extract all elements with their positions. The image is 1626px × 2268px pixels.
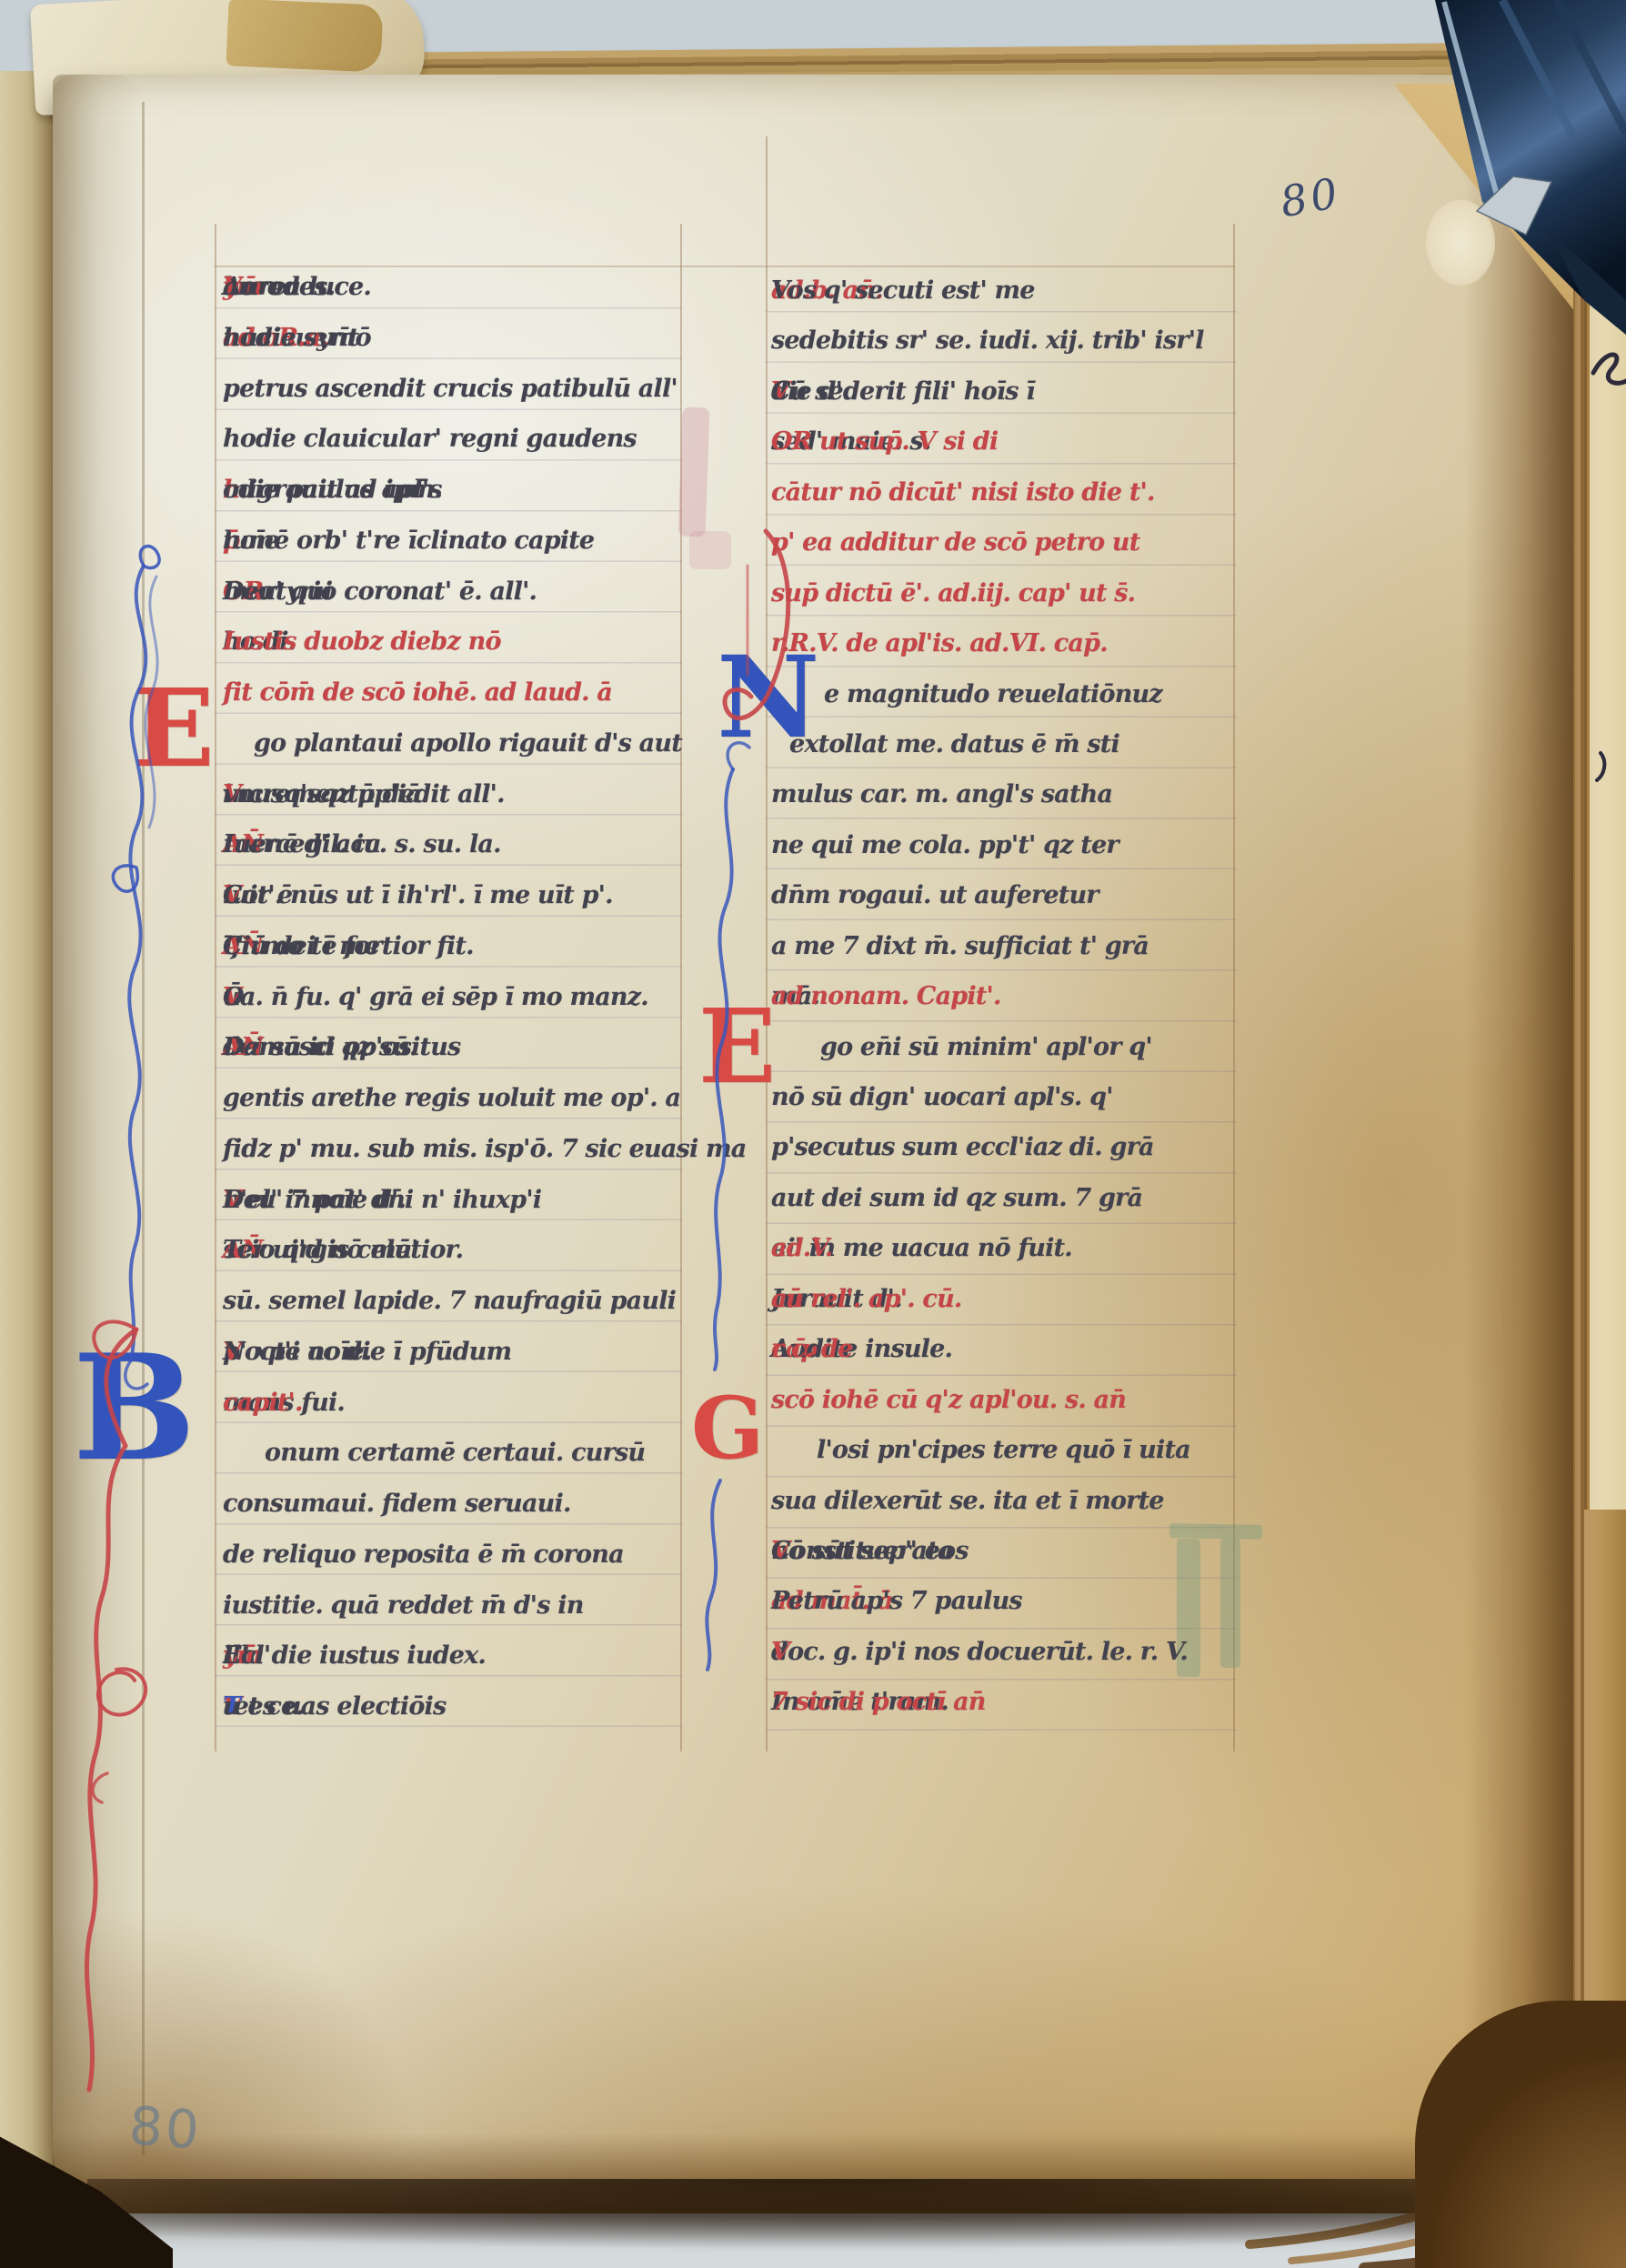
- ink-text: Cor ē: [223, 870, 292, 921]
- ruling-vertical: [215, 224, 216, 1751]
- text-line: mans fui. capit'.: [223, 1378, 265, 1429]
- text-line: migrauit ad ipm̄. hodie paulus apl's: [223, 465, 265, 516]
- ruling-vertical: [766, 136, 768, 1751]
- ink-text: p'secutus sum eccl'iaz di. grā: [771, 1122, 1154, 1172]
- text-line: n'el' innoīe d'. V Deu' 7 pat' dn̄i n' i…: [223, 1175, 265, 1226]
- ink-text: Vos q' secuti est' me: [771, 266, 1035, 316]
- gutter-crease: [142, 102, 145, 2155]
- page-right-stain: [1464, 75, 1573, 2213]
- text-line: go plantaui apollo rigauit d's aut: [223, 718, 265, 769]
- torn-parchment-fragment-small: [226, 0, 383, 73]
- text-line: go en̄i sū minim' apl'or q': [771, 1022, 824, 1072]
- ink-text: Cū sederit fili' hoīs ī: [771, 366, 1035, 416]
- text-line: mulus car. m. angl's satha: [771, 769, 824, 819]
- ink-text: an: [223, 262, 256, 313]
- text-line: nō sū dign' uocari apl's. q': [771, 1072, 824, 1122]
- ink-text: Deu' 7 pat' dn̄i n' ihuxp'i: [223, 1175, 541, 1226]
- rubric-text: ad nonam. Capit'.: [771, 971, 1001, 1021]
- text-line: onum certamē certaui. cursū: [223, 1428, 265, 1479]
- ink-text: vnusq'sqz pp'iā: [223, 769, 421, 820]
- ink-text: de reliquo reposita ē m̄ corona: [223, 1530, 624, 1581]
- text-line: mā. ad nonam. Capit'.: [771, 971, 824, 1021]
- text-line: sū. semel lapide. 7 naufragiū pauli: [223, 1276, 265, 1327]
- ink-text: a me 7 dixt m̄. sufficiat t' grā: [771, 921, 1149, 971]
- ink-text: Ecl': [223, 1631, 270, 1681]
- text-line: īfirmo tē fortior fit. AN̄ Ciū dei ī me: [223, 921, 265, 972]
- text-line: p' ea additur de scō petro ut: [771, 517, 824, 567]
- rubric-text: scō iohē cū q'z apl'ou. s. an̄: [771, 1375, 1126, 1425]
- ink-text: hodie symō: [223, 313, 371, 364]
- ink-text: Nocte ac die ī pfūdum: [223, 1327, 511, 1378]
- text-line: sup̄ dictū ē'. ad.iij. cap' ut s̄.: [771, 568, 824, 618]
- ink-text: dn̄m rogaui. ut auferetur: [771, 870, 1099, 920]
- ghost-stain-teal-bar: [1169, 1523, 1262, 1540]
- text-line: an̄ Jurauit d'. cū rel'. ap'. cū.: [771, 1274, 824, 1324]
- text-line: die d'. V Cū sederit fili' hoīs ī: [771, 366, 824, 416]
- rubric-text: p' ea additur de scō petro ut: [771, 517, 1139, 567]
- behind-leaf-edge: [1590, 95, 1626, 1513]
- text-line: fidz p' mu. sub mis. isp'ō. 7 sic euasi …: [223, 1124, 265, 1175]
- text-column-left: herodes. ym̄ Aurea luce. V annūciauerīt …: [223, 262, 265, 1732]
- text-line: ho.di. Iustis duobz diebz nō: [223, 617, 265, 667]
- left-underleaf-edge: [0, 71, 56, 2190]
- text-line: ad.b. an̄. Vos q' secuti est' me: [771, 266, 824, 316]
- rubric-text: cū rel'. ap'. cū.: [771, 1274, 962, 1324]
- ink-text: iustitie. quā reddet m̄ d's in: [223, 1581, 584, 1631]
- text-line: dn̄m rogaui. ut auferetur: [771, 870, 824, 920]
- photographed-manuscript-scene: herodes. ym̄ Aurea luce. V annūciauerīt …: [0, 0, 1626, 2268]
- text-line: In om̄e t'ram. 7 sic di p octī an̄: [771, 1677, 824, 1727]
- text-line: p' xp'i noīe. V Nocte ac die ī pfūdum: [223, 1327, 265, 1378]
- text-line: scio q'd nō mētior. AN̄ Ter uirgis celu': [223, 1225, 265, 1276]
- ink-text: hodie clauicular' regni gaudens: [223, 414, 637, 465]
- rubric-text: OR ut sup̄. V si di: [771, 416, 998, 467]
- text-line: illa die iustus iudex. ym̄ Ecl': [223, 1631, 265, 1681]
- ink-text: fidz p' mu. sub mis. isp'ō. 7 sic euasi …: [223, 1124, 746, 1175]
- ink-text: l'osi pn'cipes terre quō ī uita: [817, 1425, 1190, 1475]
- ink-text: Damasci pp'ositus: [223, 1022, 460, 1073]
- text-line: de reliquo reposita ē m̄ corona: [223, 1530, 265, 1581]
- text-line: gentis arethe regis uoluit me op'. a: [223, 1073, 265, 1124]
- ink-text: Ciū dei ī me: [223, 921, 379, 972]
- text-line: sedebitis sr' se. iudi. xij. trib' isr'l: [771, 316, 824, 366]
- text-line: lumē orb' t're īclinato capite p̄ noīe: [223, 516, 265, 567]
- ghost-stain-pink-small: [689, 531, 731, 569]
- text-line: herodes. ym̄ Aurea luce. V an: [223, 262, 265, 313]
- drop-cap-initial-G: G: [691, 1386, 764, 1471]
- ink-text: u es uas electiōis: [223, 1681, 446, 1732]
- text-line: ei' in me uacua nō fuit. ad.V.: [771, 1223, 824, 1273]
- rubric-text: fit cōm̄ de scō iohē. ad laud. ā: [223, 667, 612, 718]
- text-line: doc. g. ip'i nos docuerūt. le. r. V. V: [771, 1627, 824, 1677]
- text-line: consumaui. fidem seruaui.: [223, 1479, 265, 1530]
- text-line: cap' Audite insule. r c̄. de: [771, 1324, 824, 1374]
- ink-text: Deu' qui: [223, 567, 332, 617]
- ink-text: doc. g. ip'i nos docuerūt. le. r. V.: [771, 1627, 1196, 1677]
- text-line: fit cōm̄ de scō iohē. ad laud. ā: [223, 667, 265, 718]
- text-line: nō sūt sep'ata V Constituer' eos: [771, 1526, 824, 1576]
- ink-text: Petrū ap's 7 paulus: [771, 1576, 1022, 1626]
- ink-text: sua dilexerūt se. ita et ī morte: [771, 1476, 1164, 1526]
- text-line: merced' acc. s. su. la. AN̄ Iuenē gil. i…: [223, 819, 265, 870]
- text-line: cātur nō dicūt' nisi isto die t'.: [771, 467, 824, 517]
- ink-text: Ter uirgis celu': [223, 1225, 418, 1276]
- ruling-vertical: [1233, 224, 1235, 1751]
- text-line: p'secutus sum eccl'iaz di. grā: [771, 1122, 824, 1172]
- rubric-text: sup̄ dictū ē'. ad.iij. cap' ut s̄.: [771, 568, 1135, 618]
- text-line: ad mat̄. ā Petrū ap's 7 paulus: [771, 1576, 824, 1626]
- text-line: aut dei sum id qz sum. 7 grā: [771, 1173, 824, 1223]
- text-line: petrus ascendit crucis patibulū all': [223, 364, 265, 415]
- ink-text: lumē orb' t're īclinato capite: [223, 516, 602, 567]
- rubric-text: 7 sic di p octī an̄: [771, 1677, 986, 1727]
- drop-cap-initial-N: N: [717, 642, 819, 755]
- ink-text: go plantaui apollo rigauit d's aut: [254, 718, 682, 769]
- rubric-text: r c̄. de: [771, 1324, 852, 1374]
- ink-text: e magnitudo reuelatiōnuz: [824, 669, 1162, 719]
- ghost-stain-pink: [678, 407, 710, 537]
- rubric-text: V: [771, 1627, 789, 1677]
- ink-text: nō sū dign' uocari apl's. q': [771, 1072, 1113, 1122]
- text-line: sua dilexerūt se. ita et ī morte: [771, 1476, 824, 1526]
- folio-number-top: 80: [1277, 168, 1345, 227]
- parchment-spot: [1426, 200, 1495, 286]
- text-line: l'osi pn'cipes terre quō ī uita: [771, 1425, 824, 1475]
- text-line: iuit'. nūs ut ī ih'rl'. ī me uīt p'. V C…: [223, 870, 265, 921]
- drop-cap-initial-E: E: [698, 997, 776, 1099]
- ink-text: go en̄i sū minim' apl'or q': [820, 1022, 1152, 1072]
- text-line: nūciauerīt ad.oR.a. hodie symō: [223, 313, 265, 364]
- text-line: incrementū dedit all'. V vnusq'sqz pp'iā: [223, 769, 265, 820]
- text-line: ne qui me cola. pp't' qz ter: [771, 820, 824, 870]
- rubric-text: capit'.: [223, 1378, 303, 1429]
- ink-text: Iuenē gil. iu: [223, 819, 380, 870]
- ink-text: sedebitis sr' se. iudi. xij. trib' isr'l: [771, 316, 1204, 366]
- ink-text: ne qui me cola. pp't' qz ter: [771, 820, 1119, 870]
- ink-text: noīe: [223, 516, 279, 567]
- text-line: hodie clauicular' regni gaudens: [223, 414, 265, 465]
- ghost-stain-teal-stem: [1220, 1539, 1240, 1668]
- text-line: martyrio coronat' ē. all'. OR Deu' qui: [223, 567, 265, 617]
- text-line: ua. n̄ fu. q' grā ei sēp ī mo manz. V Ō: [223, 972, 265, 1023]
- text-line: dei sū id qz sū. AN̄ Damasci pp'ositus: [223, 1022, 265, 1073]
- text-line: scō iohē cū q'z apl'ou. s. an̄: [771, 1375, 824, 1425]
- ink-text: petrus ascendit crucis patibulū all': [223, 364, 677, 415]
- text-line: iustitie. quā reddet m̄ d's in: [223, 1581, 265, 1631]
- drop-cap-initial-B: B: [73, 1335, 196, 1480]
- ink-text: consumaui. fidem seruaui.: [223, 1479, 571, 1530]
- text-line: sed' maie. s. OR ut sup̄. V si di: [771, 416, 824, 467]
- rubric-text: Iustis duobz diebz nō: [223, 617, 501, 667]
- ink-text: Constituer' eos: [771, 1526, 969, 1576]
- ink-text: extollat me. datus ē m̄ sti: [789, 719, 1119, 769]
- text-column-right: ad.b. an̄. Vos q' secuti est' mesedebiti…: [771, 266, 824, 1728]
- page-drop-shadow: [87, 2179, 1579, 2250]
- ink-text: ua. n̄ fu. q' grā ei sēp ī mo manz.: [223, 972, 657, 1023]
- gutter-shadow: [53, 75, 144, 2213]
- ink-text: gentis arethe regis uoluit me op'. a: [223, 1073, 680, 1124]
- ink-text: sū. semel lapide. 7 naufragiū pauli: [223, 1276, 676, 1327]
- ink-text: onum certamē certaui. cursū: [265, 1428, 645, 1479]
- rubric-text: r.R.V. de apl'is. ad.VI. cap̄.: [771, 618, 1108, 668]
- folio-number-bottom: 80: [127, 2094, 204, 2161]
- ink-text: mulus car. m. angl's satha: [771, 769, 1112, 819]
- ink-text: aut dei sum id qz sum. 7 grā: [771, 1173, 1142, 1223]
- text-line: a me 7 dixt m̄. sufficiat t' grā: [771, 921, 824, 971]
- rubric-text: ad.V.: [771, 1223, 832, 1273]
- ink-text: odie paulus apl's: [223, 465, 442, 516]
- drop-cap-initial-E: E: [133, 675, 215, 782]
- ink-text: Ō: [223, 972, 244, 1023]
- rubric-text: cātur nō dicūt' nisi isto die t'.: [771, 467, 1155, 517]
- text-line: tet ce. V Tu es uas electiōis: [223, 1681, 265, 1732]
